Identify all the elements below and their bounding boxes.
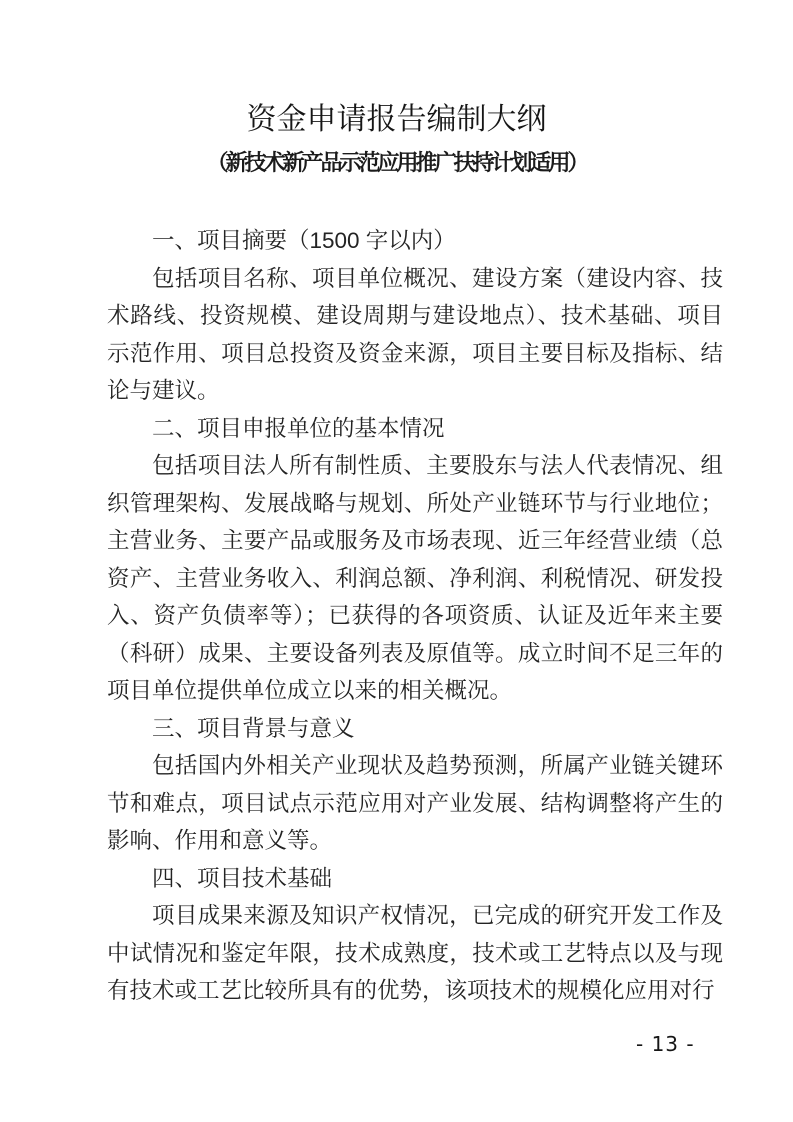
section-heading: 一、项目摘要（1500 字以内）	[107, 222, 723, 260]
section-heading: 二、项目申报单位的基本情况	[107, 410, 723, 448]
section-background-significance: 三、项目背景与意义 包括国内外相关产业现状及趋势预测，所属产业链关键环节和难点，…	[107, 710, 723, 860]
section-paragraph: 包括项目名称、项目单位概况、建设方案（建设内容、技术路线、投资规模、建设周期与建…	[107, 260, 723, 410]
document-page: 资金申请报告编制大纲 （新技术新产品示范应用推广扶持计划适用） 一、项目摘要（1…	[0, 0, 793, 1122]
section-heading: 三、项目背景与意义	[107, 710, 723, 748]
section-paragraph: 包括项目法人所有制性质、主要股东与法人代表情况、组织管理架构、发展战略与规划、所…	[107, 447, 723, 710]
section-project-summary: 一、项目摘要（1500 字以内） 包括项目名称、项目单位概况、建设方案（建设内容…	[107, 222, 723, 410]
section-paragraph: 项目成果来源及知识产权情况，已完成的研究开发工作及中试情况和鉴定年限，技术成熟度…	[107, 897, 723, 1010]
document-body: 一、项目摘要（1500 字以内） 包括项目名称、项目单位概况、建设方案（建设内容…	[107, 222, 723, 1010]
section-applicant-basic-info: 二、项目申报单位的基本情况 包括项目法人所有制性质、主要股东与法人代表情况、组织…	[107, 410, 723, 710]
section-heading: 四、项目技术基础	[107, 860, 723, 898]
section-paragraph: 包括国内外相关产业现状及趋势预测，所属产业链关键环节和难点，项目试点示范应用对产…	[107, 747, 723, 860]
section-technical-basis: 四、项目技术基础 项目成果来源及知识产权情况，已完成的研究开发工作及中试情况和鉴…	[107, 860, 723, 1010]
page-subtitle: （新技术新产品示范应用推广扶持计划适用）	[0, 148, 793, 178]
page-number: - 13 -	[636, 1032, 695, 1056]
page-title: 资金申请报告编制大纲	[0, 100, 793, 140]
